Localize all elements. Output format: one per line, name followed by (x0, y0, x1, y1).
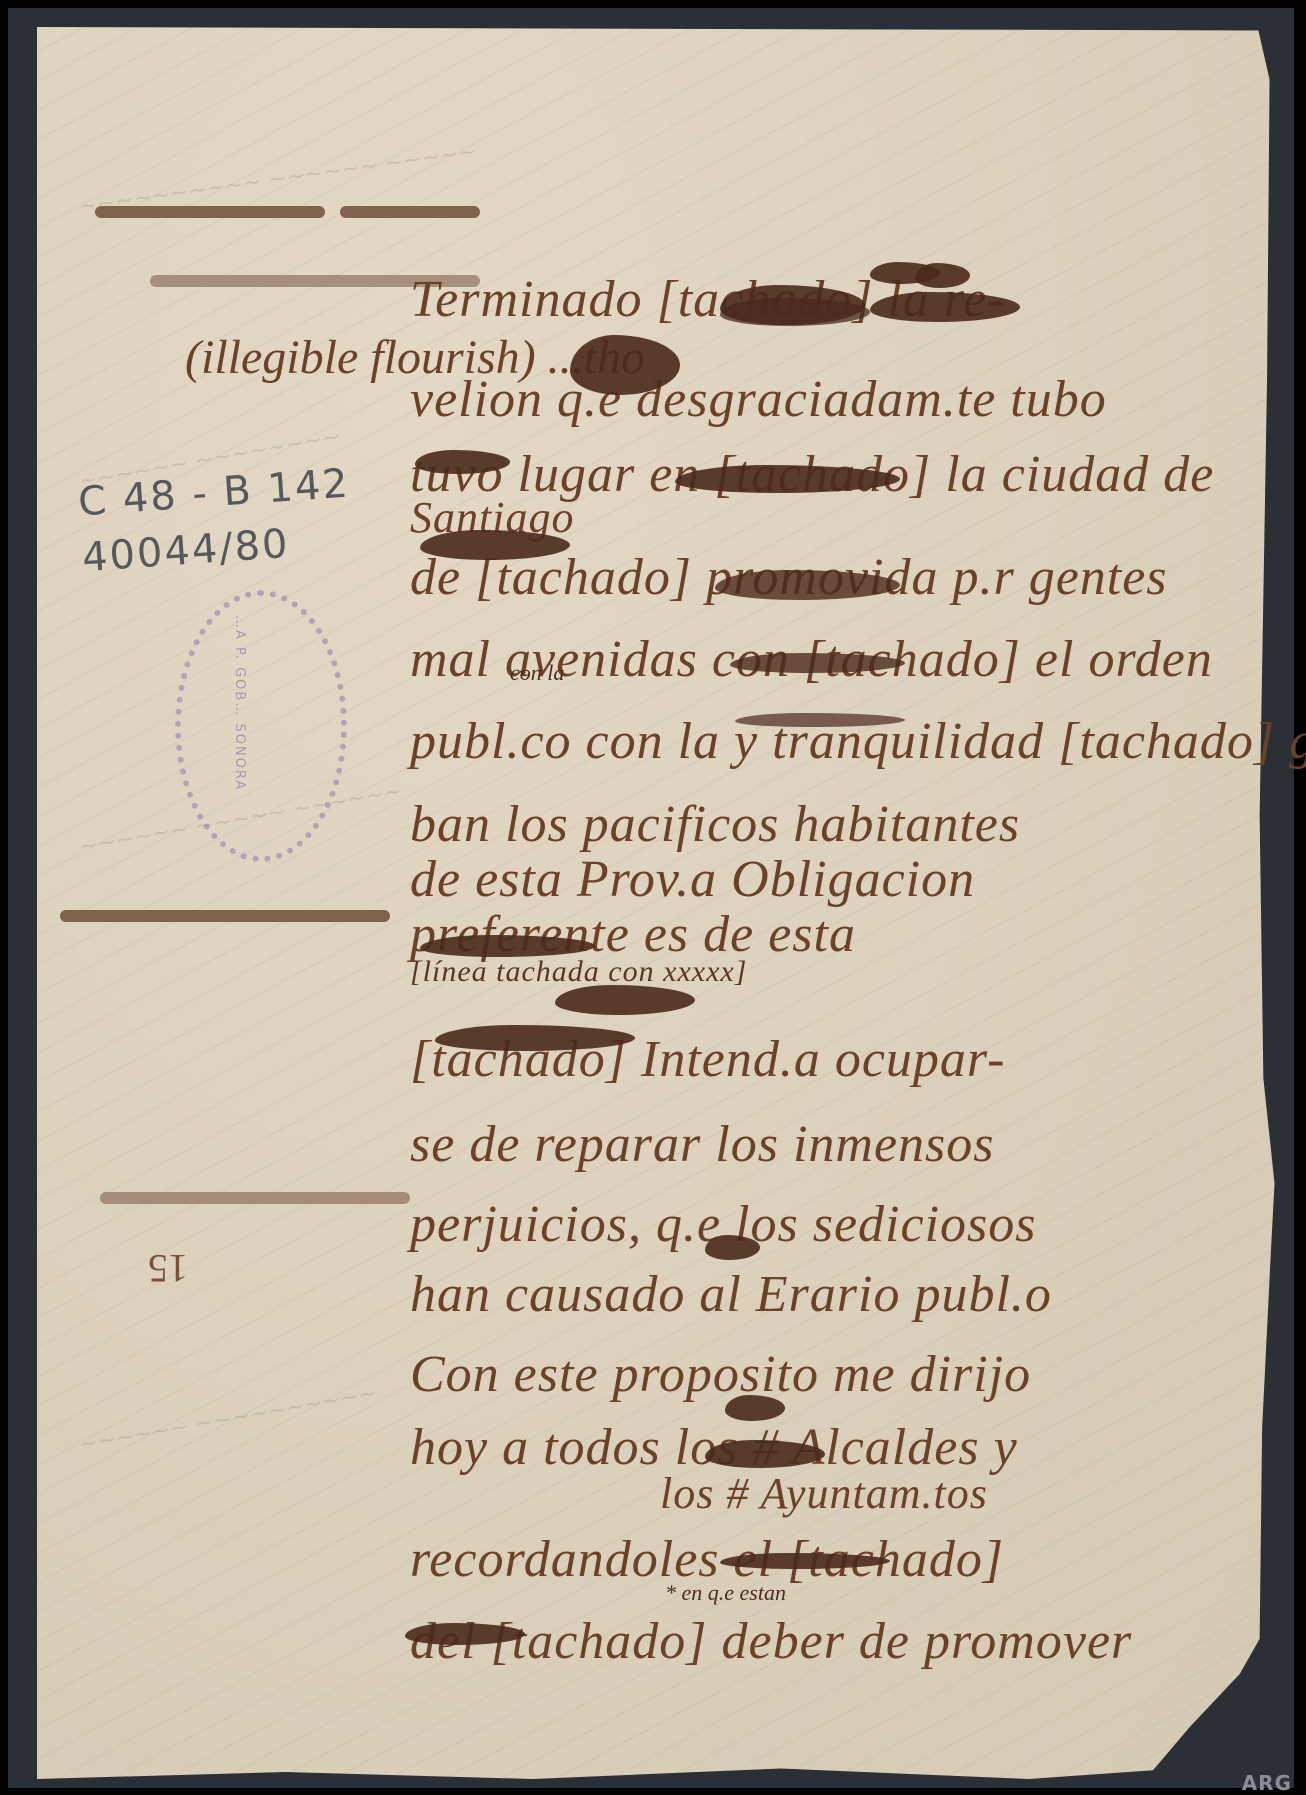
interlinear-insertion: * en q.e estan (665, 1580, 786, 1606)
ink-smear (95, 206, 325, 218)
bleed-through-text: ~~~~~~ ~~~~~~~~~~ (77, 1381, 379, 1458)
manuscript-line: han causado al Erario publ.o (410, 1265, 1052, 1324)
manuscript-line: se de reparar los inmensos (410, 1115, 995, 1174)
watermark-label: ARG (1242, 1771, 1292, 1795)
interlinear-insertion: con la (510, 660, 564, 686)
manuscript-line: ban los pacificos habitantes (410, 795, 1020, 854)
archive-stamp (175, 590, 347, 862)
manuscript-line: del [tachado] deber de promover (410, 1612, 1132, 1671)
manuscript-line: velion q.e desgraciadam.te tubo (410, 370, 1107, 429)
ink-smear (60, 910, 390, 922)
manuscript-line-struck: [línea tachada con xxxxx] (410, 955, 747, 989)
manuscript-body: Terminado [tachado] la re- velion q.e de… (410, 0, 1270, 1795)
ink-smear (100, 1192, 410, 1204)
manuscript-line: los # Ayuntam.tos (660, 1468, 988, 1519)
archive-stamp-text: …A P. GOB… SONORA (232, 615, 247, 791)
folio-number: 15 (148, 1245, 188, 1292)
manuscript-line: Con este proposito me dirijo (410, 1345, 1031, 1404)
manuscript-line: de esta Prov.a Obligacion (410, 850, 975, 909)
